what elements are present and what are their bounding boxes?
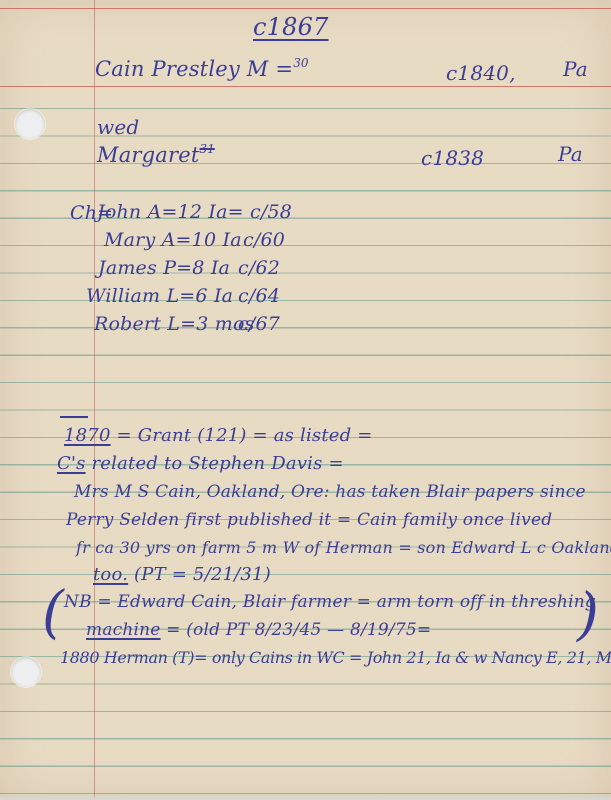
wife-age-superscript: 31 — [200, 142, 215, 156]
child-year: c/60 — [243, 229, 285, 251]
note-too-pt-text: (PT = 5/21/31) — [128, 564, 271, 585]
note-published: Perry Selden first published it = Cain f… — [66, 510, 552, 530]
child-year: c/64 — [238, 285, 280, 307]
underlined-cs: C's — [57, 453, 86, 474]
husband-birthplace: Pa — [563, 57, 588, 81]
child-year: c/62 — [238, 257, 280, 279]
wife-birth-year: c1838 — [421, 146, 484, 170]
left-margin-red-rule — [94, 0, 95, 800]
wife-birthplace: Pa — [558, 142, 583, 166]
note-census-1870: 1870 = Grant (121) = as listed = — [64, 425, 373, 446]
husband-name: Cain Prestley M =30 — [95, 56, 308, 81]
note-nb-line2-text: = (old PT 8/23/45 — 8/19/75= — [161, 620, 432, 640]
page-title-year: c1867 — [253, 13, 329, 41]
wed-label: wed — [97, 115, 139, 139]
child-entry: John A=12 Ia= — [97, 201, 244, 223]
child-entry: Robert L=3 mos — [94, 313, 255, 335]
note-nb-line1: NB = Edward Cain, Blair farmer = arm tor… — [64, 592, 596, 612]
note-blair-papers: Mrs M S Cain, Oakland, Ore: has taken Bl… — [74, 482, 586, 502]
note-related-text: related to Stephen Davis = — [86, 453, 344, 474]
wife-name-text: Margaret — [97, 143, 200, 167]
note-too-pt: too. (PT = 5/21/31) — [93, 564, 271, 585]
punch-hole-top — [15, 109, 45, 139]
page-bottom-edge — [0, 794, 611, 800]
child-entry: James P=8 Ia — [98, 257, 230, 279]
husband-age-superscript: 30 — [293, 56, 308, 70]
note-census-1870-text: = Grant (121) = as listed = — [111, 425, 373, 446]
punch-hole-bottom — [11, 657, 41, 687]
underlined-1870: 1870 — [64, 425, 111, 446]
husband-name-text: Cain Prestley M = — [95, 57, 293, 81]
note-nb-line2: machine = (old PT 8/23/45 — 8/19/75= — [86, 620, 431, 640]
note-census-1880: 1880 Herman (T)= only Cains in WC = John… — [60, 648, 611, 667]
note-related: C's related to Stephen Davis = — [57, 453, 344, 474]
child-entry: William L=6 Ia — [86, 285, 233, 307]
note-farm: fr ca 30 yrs on farm 5 m W of Herman = s… — [76, 538, 611, 557]
dash-mark — [60, 416, 88, 418]
header-red-rule — [0, 86, 611, 87]
child-entry: Mary A=10 Ia — [104, 229, 242, 251]
wife-name: Margaret31 — [97, 142, 215, 167]
child-year: c/58 — [250, 201, 292, 223]
husband-birth-year: c1840, — [446, 61, 516, 85]
top-red-rule — [0, 8, 611, 9]
notebook-page: c1867 Cain Prestley M =30 c1840, Pa wed … — [0, 0, 611, 800]
underlined-too: too. — [93, 564, 128, 585]
child-year: c/67 — [238, 313, 280, 335]
nb-open-paren: ( — [42, 584, 64, 641]
underlined-machine: machine — [86, 620, 161, 640]
